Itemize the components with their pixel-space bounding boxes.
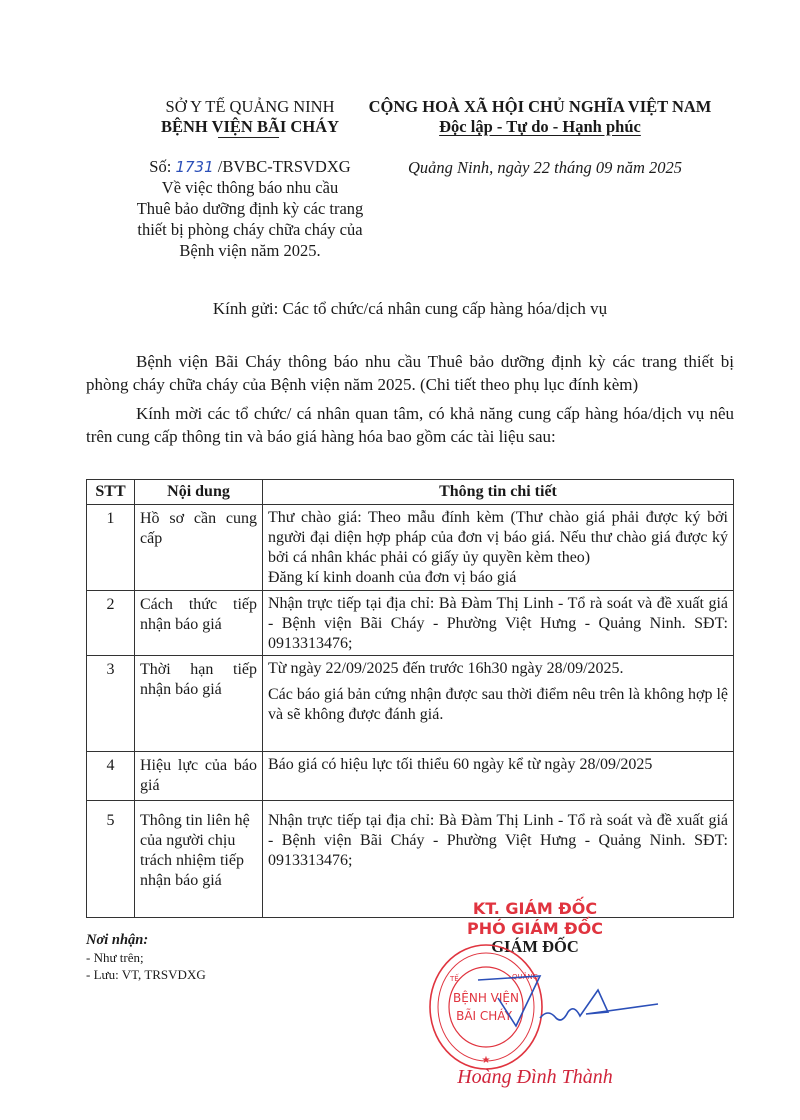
row-details: Thư chào giá: Theo mẫu đính kèm (Thư chà… bbox=[263, 505, 734, 591]
stamp-pho-giam-doc: PHÓ GIÁM ĐỐC bbox=[410, 920, 660, 938]
subject-line: Thuê bảo dưỡng định kỳ các trang bbox=[100, 198, 400, 219]
paragraph-text: Bệnh viện Bãi Cháy thông báo nhu cầu Thu… bbox=[86, 352, 734, 394]
subject-line: Về việc thông báo nhu cầu bbox=[100, 177, 400, 198]
row-number: 5 bbox=[87, 801, 135, 918]
subject-line: thiết bị phòng cháy chữa cháy của bbox=[100, 219, 400, 240]
detail-text: Đăng kí kinh doanh của đơn vị báo giá bbox=[268, 568, 728, 588]
stamp-kt-giam-doc: KT. GIÁM ĐỐC bbox=[410, 900, 660, 918]
recipients-block: Nơi nhận: - Như trên; - Lưu: VT, TRSVDXG bbox=[86, 932, 336, 983]
detail-text: Thư chào giá: Theo mẫu đính kèm (Thư chà… bbox=[268, 508, 728, 568]
row-number: 1 bbox=[87, 505, 135, 591]
row-content: Hiệu lực của báo giá bbox=[135, 752, 263, 801]
row-content: Thông tin liên hệ của người chịu trách n… bbox=[135, 801, 263, 918]
svg-text:TẾ: TẾ bbox=[449, 973, 459, 983]
table-row: 1 Hồ sơ cần cung cấp Thư chào giá: Theo … bbox=[87, 505, 734, 591]
date-line: Quảng Ninh, ngày 22 tháng 09 năm 2025 bbox=[385, 158, 705, 178]
detail-text: Nhận trực tiếp tại địa chỉ: Bà Đàm Thị L… bbox=[268, 811, 728, 871]
paragraph-text: Kính mời các tổ chức/ cá nhân quan tâm, … bbox=[86, 404, 734, 446]
recipients-title: Nơi nhận: bbox=[86, 932, 336, 949]
doc-number-code: /BVBC-TRSVDXG bbox=[218, 157, 351, 176]
national-motto: Độc lập - Tự do - Hạnh phúc bbox=[439, 117, 641, 136]
document-subject: Về việc thông báo nhu cầu Thuê bảo dưỡng… bbox=[100, 177, 400, 261]
svg-text:★: ★ bbox=[482, 1055, 491, 1066]
table-row: 2 Cách thức tiếp nhận báo giá Nhận trực … bbox=[87, 591, 734, 656]
row-number: 2 bbox=[87, 591, 135, 656]
body-paragraph: Bệnh viện Bãi Cháy thông báo nhu cầu Thu… bbox=[86, 350, 734, 396]
detail-text: Báo giá có hiệu lực tối thiểu 60 ngày kể… bbox=[268, 755, 728, 775]
row-content: Hồ sơ cần cung cấp bbox=[135, 505, 263, 591]
agency-underline bbox=[218, 137, 279, 138]
row-details: Báo giá có hiệu lực tối thiểu 60 ngày kể… bbox=[263, 752, 734, 801]
body-paragraph: Kính mời các tổ chức/ cá nhân quan tâm, … bbox=[86, 402, 734, 448]
national-header: CỘNG HOÀ XÃ HỘI CHỦ NGHĨA VIỆT NAM Độc l… bbox=[330, 97, 750, 137]
detail-text: Nhận trực tiếp tại địa chỉ: Bà Đàm Thị L… bbox=[268, 594, 728, 654]
header-content: Nội dung bbox=[135, 480, 263, 505]
addressee: Kính gửi: Các tổ chức/cá nhân cung cấp h… bbox=[80, 299, 740, 319]
signer-name: Hoàng Đình Thành bbox=[410, 1066, 660, 1089]
row-details: Từ ngày 22/09/2025 đến trước 16h30 ngày … bbox=[263, 656, 734, 752]
doc-number-handwritten: 1731 bbox=[175, 158, 213, 176]
handwritten-signature-icon bbox=[470, 968, 660, 1038]
row-details: Nhận trực tiếp tại địa chỉ: Bà Đàm Thị L… bbox=[263, 591, 734, 656]
recipient-item: - Như trên; bbox=[86, 949, 336, 966]
signature-block: KT. GIÁM ĐỐC PHÓ GIÁM ĐỐC GIÁM ĐỐC BỆNH … bbox=[410, 898, 660, 1068]
header-stt: STT bbox=[87, 480, 135, 505]
row-content: Cách thức tiếp nhận báo giá bbox=[135, 591, 263, 656]
header-details: Thông tin chi tiết bbox=[263, 480, 734, 505]
row-number: 3 bbox=[87, 656, 135, 752]
doc-number-label: Số: bbox=[149, 157, 171, 176]
table-row: 4 Hiệu lực của báo giá Báo giá có hiệu l… bbox=[87, 752, 734, 801]
nation-title: CỘNG HOÀ XÃ HỘI CHỦ NGHĨA VIỆT NAM bbox=[330, 97, 750, 117]
row-number: 4 bbox=[87, 752, 135, 801]
requirements-table: STT Nội dung Thông tin chi tiết 1 Hồ sơ … bbox=[86, 479, 734, 918]
row-content: Thời hạn tiếp nhận báo giá bbox=[135, 656, 263, 752]
table-header-row: STT Nội dung Thông tin chi tiết bbox=[87, 480, 734, 505]
recipient-item: - Lưu: VT, TRSVDXG bbox=[86, 966, 336, 983]
detail-text: Từ ngày 22/09/2025 đến trước 16h30 ngày … bbox=[268, 659, 728, 679]
subject-line: Bệnh viện năm 2025. bbox=[100, 240, 400, 261]
document-number: Số: 1731 /BVBC-TRSVDXG bbox=[100, 157, 400, 177]
table-row: 3 Thời hạn tiếp nhận báo giá Từ ngày 22/… bbox=[87, 656, 734, 752]
detail-text: Các báo giá bản cứng nhận được sau thời … bbox=[268, 685, 728, 725]
